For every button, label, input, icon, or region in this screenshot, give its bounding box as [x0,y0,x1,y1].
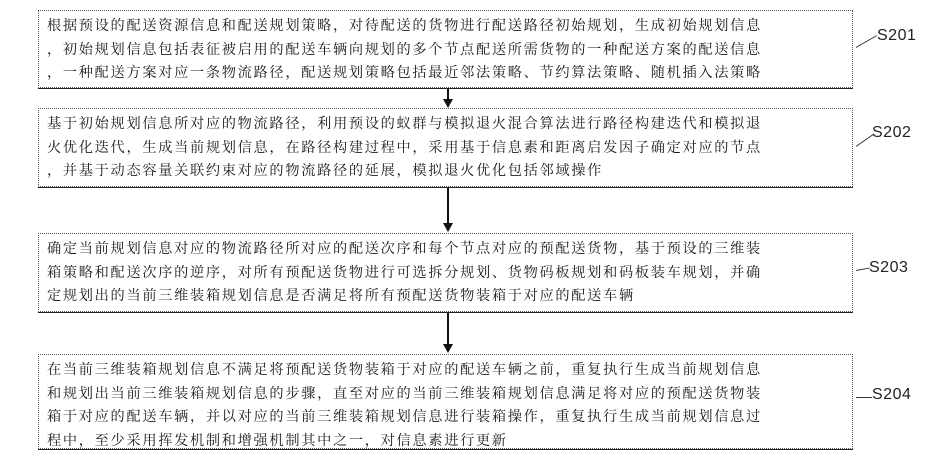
step-box-s202: 基于初始规划信息所对应的物流路径，利用预设的蚁群与模拟退火混合算法进行路径构建迭… [38,108,853,187]
arrow-down-icon [443,344,453,353]
step-text-line: 箱于对应的配送车辆，并以对应的当前三维装箱规划信息进行装箱操作，重复执行生成当前… [47,406,846,430]
step-text-line: 在当前三维装箱规划信息不满足将预配送货物装箱于对应的配送车辆之前，重复执行生成当… [47,359,846,383]
step-text-line: 和规划出当前三维装箱规划信息的步骤，直至对应的当前三维装箱规划信息满足将对应的预… [47,383,846,407]
flow-arrow-shaft [447,313,449,345]
step-box-s201: 根据预设的配送资源信息和配送规划策略，对待配送的货物进行配送路径初始规划，生成初… [38,10,853,88]
step-label-s202: S202 [872,124,911,142]
arrow-down-icon [443,223,453,232]
leader-line-s204 [856,397,872,398]
step-text-line: 箱策略和配送次序的逆序，对所有预配送货物进行可选拆分规划、货物码板规划和码板装车… [47,262,846,286]
step-box-s203: 确定当前规划信息对应的物流路径所对应的配送次序和每个节点对应的预配送货物，基于预… [38,233,853,312]
step-text-line: ，一种配送方案对应一条物流路径，配送规划策略包括最近邻法策略、节约算法策略、随机… [47,62,846,86]
leader-line-s201 [856,35,877,48]
step-text-line: 火优化迭代，生成当前规划信息，在路径构建过程中，采用基于信息素和距离启发因子确定… [47,137,846,161]
leader-line-s203 [856,268,870,271]
step-text-line: 定规划出的当前三维装箱规划信息是否满足将所有预配送货物装箱于对应的配送车辆 [47,285,846,309]
step-box-s204: 在当前三维装箱规划信息不满足将预配送货物装箱于对应的配送车辆之前，重复执行生成当… [38,354,853,449]
step-text-line: 根据预设的配送资源信息和配送规划策略，对待配送的货物进行配送路径初始规划，生成初… [47,15,846,39]
arrow-down-icon [443,99,453,108]
step-text-line: 基于初始规划信息所对应的物流路径，利用预设的蚁群与模拟退火混合算法进行路径构建迭… [47,113,846,137]
step-label-s203: S203 [869,259,908,277]
step-label-s204: S204 [872,386,911,404]
flow-arrow-shaft [447,188,449,224]
step-text-line: ，并基于动态容量关联约束对应的物流路径的延展，模拟退火优化包括邻域操作 [47,160,846,184]
step-label-s201: S201 [877,27,916,45]
step-text-line: 程中，至少采用挥发机制和增强机制其中之一，对信息素进行更新 [47,430,846,454]
step-text-line: ，初始规划信息包括表征被启用的配送车辆向规划的多个节点配送所需货物的一种配送方案… [47,39,846,63]
step-text-line: 确定当前规划信息对应的物流路径所对应的配送次序和每个节点对应的预配送货物，基于预… [47,238,846,262]
